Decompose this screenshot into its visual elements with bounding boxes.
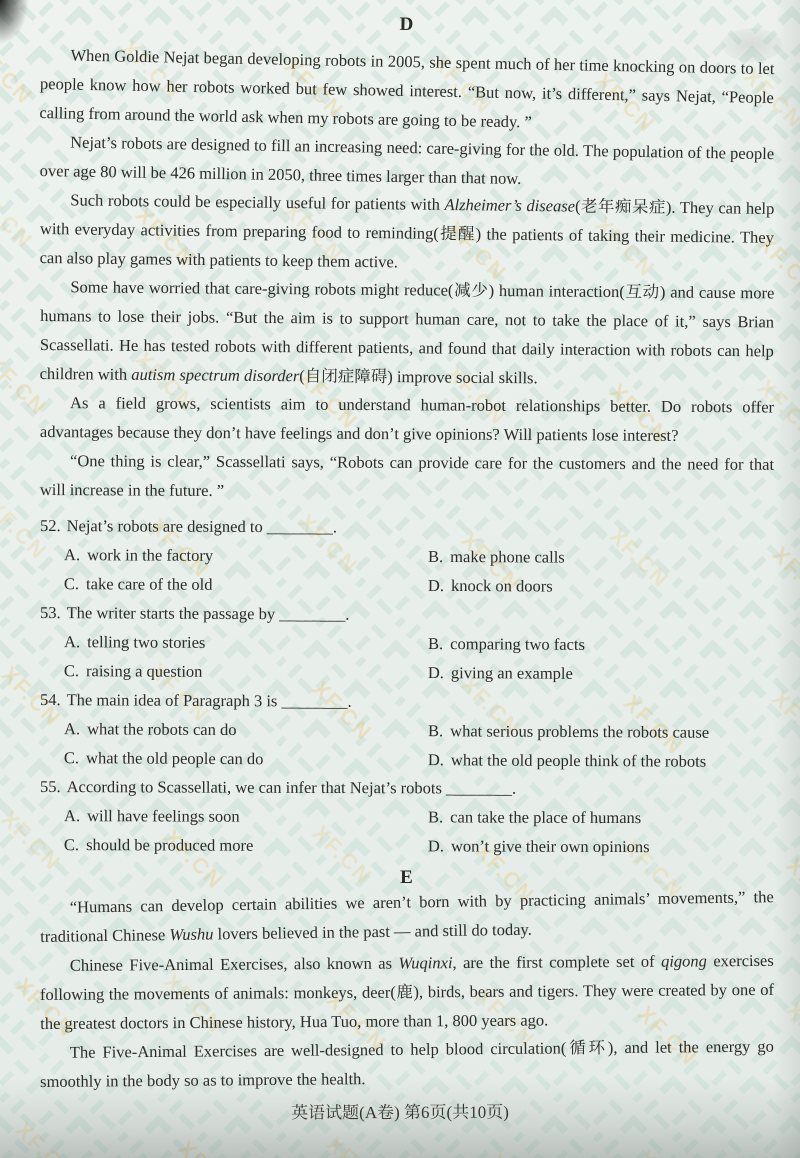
- section-d-heading: D: [40, 4, 774, 46]
- option-label: D.: [428, 745, 444, 774]
- scanned-exam-page: XF.CN XF.CN D When Goldie Nejat began de…: [0, 0, 800, 1158]
- question-54-number: 54.: [40, 685, 61, 714]
- question-53-number: 53.: [40, 598, 61, 627]
- question-53-option-a: A. telling two stories: [64, 627, 428, 658]
- option-label: D.: [428, 571, 444, 600]
- option-text: take care of the old: [86, 569, 213, 599]
- question-55: 55. According to Scassellati, we can inf…: [40, 772, 774, 859]
- scan-corner-mark: [0, 0, 30, 46]
- option-text: won’t give their own opinions: [451, 831, 650, 861]
- scan-shadow-right: [774, 0, 800, 1158]
- option-text: will have feelings soon: [87, 801, 240, 831]
- passage-d-paragraph-4: Some have worried that care-giving robot…: [39, 272, 774, 394]
- question-54-option-a: A. what the robots can do: [64, 714, 428, 745]
- passage-d-paragraph-3: Such robots could be especially useful f…: [39, 185, 774, 281]
- question-52-stem: Nejat’s robots are designed to ________.: [67, 511, 338, 541]
- option-label: C.: [64, 743, 79, 772]
- question-54-option-b: B. what serious problems the robots caus…: [428, 716, 774, 747]
- option-label: B.: [428, 802, 443, 831]
- question-54-option-c: C. what the old people can do: [64, 743, 428, 774]
- page-content: D When Goldie Nejat began developing rob…: [40, 10, 774, 1096]
- option-text: what the old people think of the robots: [451, 745, 706, 775]
- question-53-stem: The writer starts the passage by _______…: [67, 598, 350, 628]
- question-55-option-b: B. can take the place of humans: [428, 802, 774, 832]
- passage-e-paragraph-2: Chinese Five-Animal Exercises, also know…: [40, 946, 775, 1038]
- option-text: what the robots can do: [87, 714, 237, 744]
- option-label: C.: [64, 656, 79, 685]
- question-52: 52. Nejat’s robots are designed to _____…: [40, 511, 774, 598]
- option-text: raising a question: [86, 656, 203, 686]
- option-text: should be produced more: [86, 830, 253, 860]
- question-55-option-d: D. won’t give their own opinions: [428, 831, 774, 861]
- option-text: comparing two facts: [450, 629, 585, 659]
- option-label: A.: [64, 540, 80, 569]
- question-53-option-c: C. raising a question: [64, 656, 428, 687]
- question-55-stem: According to Scassellati, we can infer t…: [67, 772, 517, 803]
- passage-d-paragraph-5: As a field grows, scientists aim to unde…: [40, 388, 774, 450]
- option-label: A.: [64, 627, 80, 656]
- question-52-option-c: C. take care of the old: [64, 569, 428, 600]
- option-text: work in the factory: [87, 540, 213, 570]
- option-text: telling two stories: [87, 627, 205, 657]
- option-text: make phone calls: [450, 542, 565, 572]
- question-55-option-c: C. should be produced more: [64, 830, 428, 860]
- option-label: A.: [64, 801, 80, 830]
- option-label: D.: [428, 658, 444, 687]
- question-55-option-a: A. will have feelings soon: [64, 801, 428, 831]
- question-53-option-d: D. giving an example: [428, 658, 774, 689]
- option-text: giving an example: [451, 658, 573, 688]
- option-label: B.: [428, 716, 443, 745]
- question-55-number: 55.: [40, 772, 61, 801]
- option-label: A.: [64, 714, 80, 743]
- question-54-stem: The main idea of Paragraph 3 is ________…: [67, 685, 352, 716]
- question-52-number: 52.: [40, 511, 61, 540]
- passage-d-paragraph-1: When Goldie Nejat began developing robot…: [39, 40, 775, 141]
- question-53: 53. The writer starts the passage by ___…: [40, 598, 774, 685]
- option-text: knock on doors: [451, 571, 553, 600]
- option-label: B.: [428, 629, 443, 658]
- option-text: can take the place of humans: [450, 802, 641, 832]
- option-label: C.: [64, 569, 79, 598]
- option-text: what serious problems the robots cause: [450, 716, 709, 746]
- question-52-option-d: D. knock on doors: [428, 571, 774, 602]
- option-label: B.: [428, 542, 443, 571]
- option-text: what the old people can do: [86, 743, 263, 773]
- scan-shadow-bottom: [0, 1078, 800, 1158]
- passage-e-paragraph-1: “Humans can develop certain abilities we…: [40, 882, 775, 951]
- option-label: D.: [428, 831, 444, 860]
- option-label: C.: [64, 830, 79, 859]
- question-54: 54. The main idea of Paragraph 3 is ____…: [40, 685, 774, 772]
- question-54-option-d: D. what the old people think of the robo…: [428, 745, 774, 776]
- question-52-option-b: B. make phone calls: [428, 542, 774, 573]
- question-52-option-a: A. work in the factory: [64, 540, 428, 571]
- passage-d-paragraph-6: “One thing is clear,” Scassellati says, …: [40, 446, 774, 508]
- question-53-option-b: B. comparing two facts: [428, 629, 774, 660]
